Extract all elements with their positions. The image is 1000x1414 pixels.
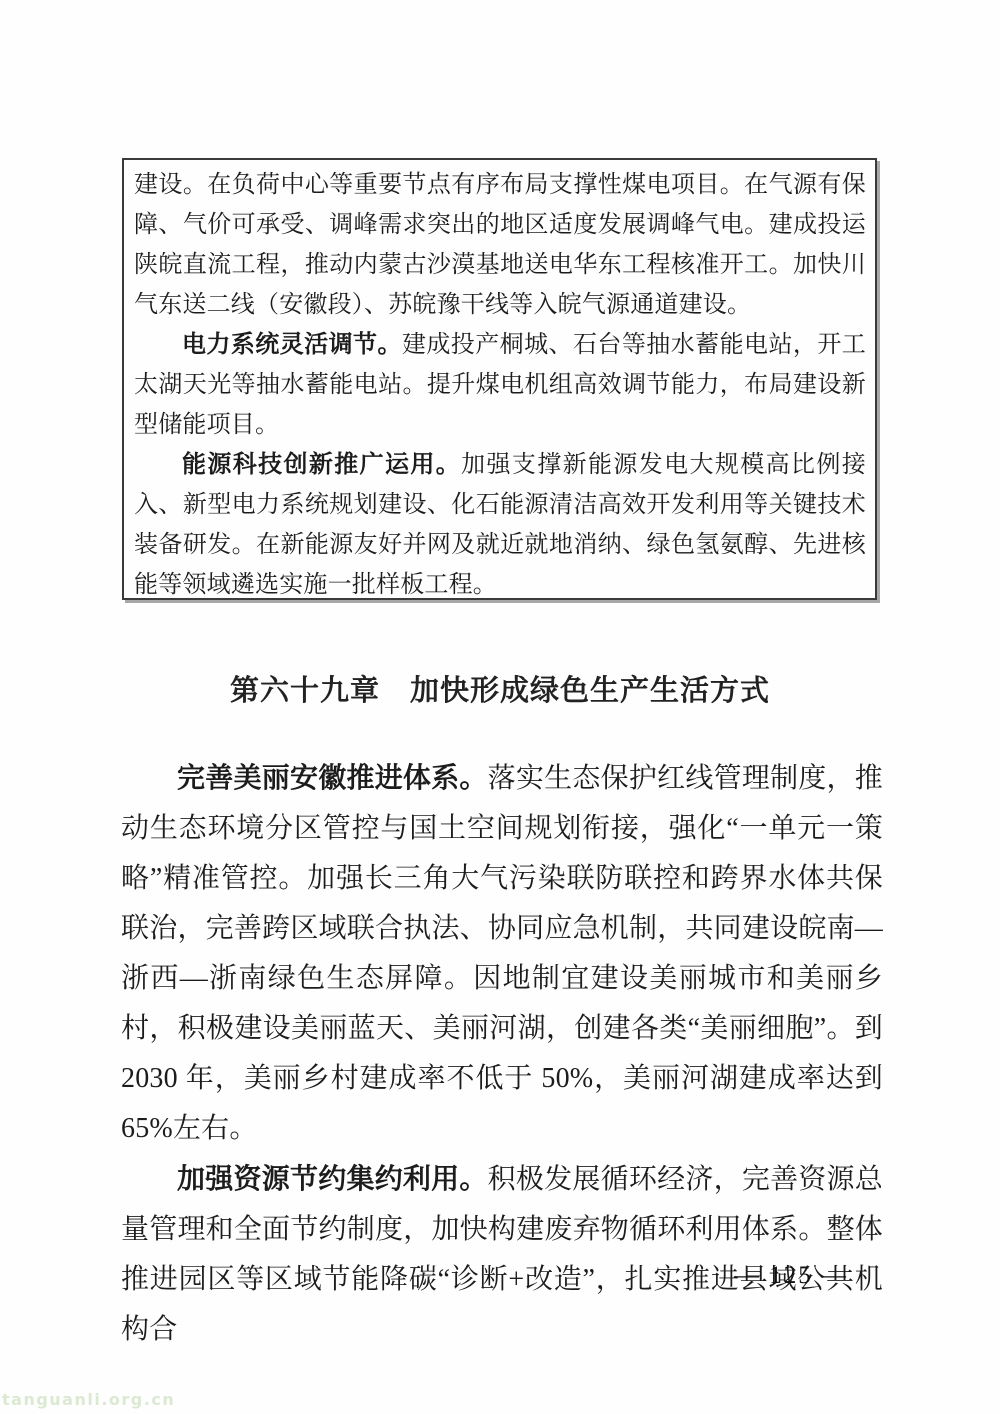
body-paragraph-lead: 完善美丽安徽推进体系。 [177,762,488,793]
box-paragraph-text: 建设。在负荷中心等重要节点有序布局支撑性煤电项目。在气源有保障、气价可承受、调峰… [134,172,866,318]
body-paragraph-text: 落实生态保护红线管理制度，推动生态环境分区管控与国土空间规划衔接，强化“一单元一… [121,763,883,1144]
boxed-section: 建设。在负荷中心等重要节点有序布局支撑性煤电项目。在气源有保障、气价可承受、调峰… [122,158,877,600]
document-page: 建设。在负荷中心等重要节点有序布局支撑性煤电项目。在气源有保障、气价可承受、调峰… [0,0,1000,1414]
page-number: — 125 — [734,1262,848,1290]
box-paragraph-lead: 能源科技创新推广运用。 [182,451,461,478]
body-paragraph-resource-conservation: 加强资源节约集约利用。积极发展循环经济，完善资源总量管理和全面节约制度，加快构建… [121,1154,883,1355]
body-paragraph-lead: 加强资源节约集约利用。 [177,1163,488,1194]
box-paragraph-power-system: 电力系统灵活调节。建成投产桐城、石台等抽水蓄能电站，开工太湖天光等抽水蓄能电站。… [134,325,866,445]
box-paragraph-continuation: 建设。在负荷中心等重要节点有序布局支撑性煤电项目。在气源有保障、气价可承受、调峰… [134,165,866,325]
body-paragraph-beautiful-anhui: 完善美丽安徽推进体系。落实生态保护红线管理制度，推动生态环境分区管控与国土空间规… [121,753,883,1154]
box-paragraph-lead: 电力系统灵活调节。 [182,331,402,358]
watermark: tanguanli.org.cn [2,1390,175,1409]
chapter-heading: 第六十九章 加快形成绿色生产生活方式 [0,668,1000,709]
box-paragraph-energy-tech: 能源科技创新推广运用。加强支撑新能源发电大规模高比例接入、新型电力系统规划建设、… [134,445,866,600]
